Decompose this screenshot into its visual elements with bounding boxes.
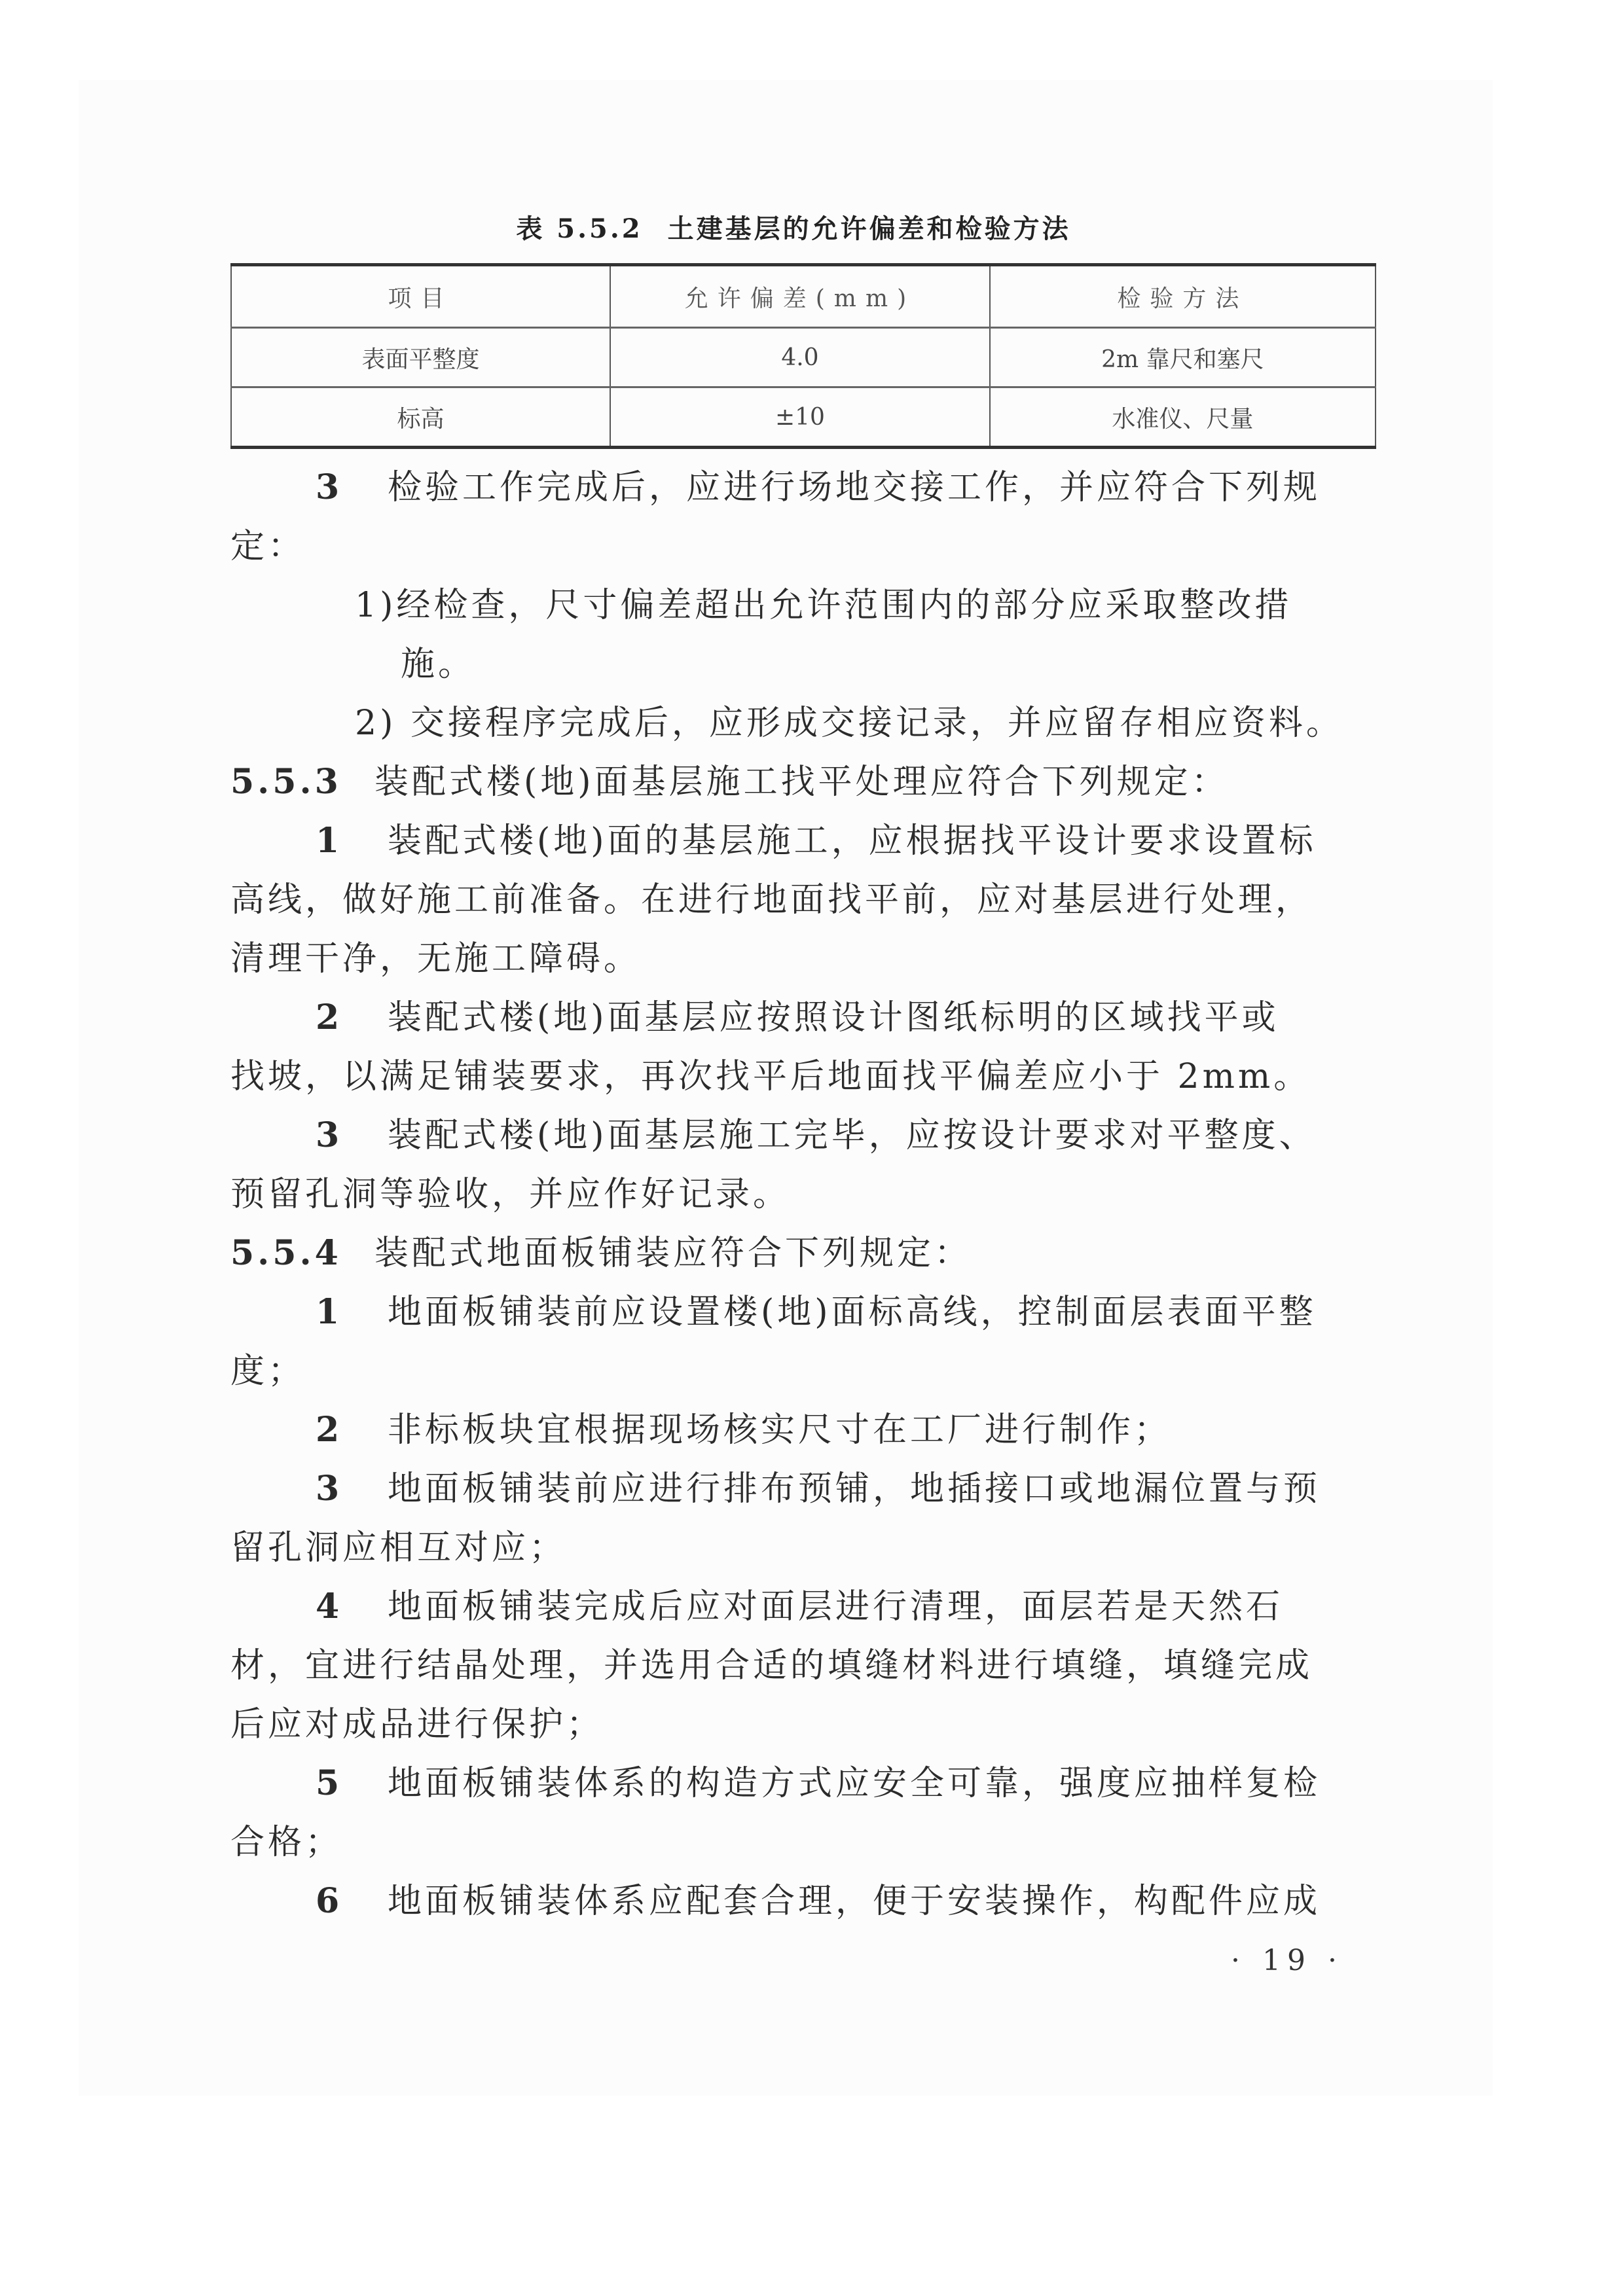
paragraph-continuation: 合格； (230, 1813, 1357, 1872)
cell-item: 标高 (231, 387, 610, 448)
item-number: 3 (230, 1460, 388, 1518)
cell-deviation: 4.0 (610, 328, 990, 387)
cell-item: 表面平整度 (231, 328, 610, 387)
clause-5-5-3-item-3: 3装配式楼(地)面基层施工完毕，应按设计要求对平整度、 (230, 1106, 1357, 1165)
clause-text: 装配式地面板铺装应符合下列规定： (374, 1234, 972, 1273)
sub-item-1: 1)经检查，尺寸偏差超出允许范围内的部分应采取整改措 (355, 576, 1357, 635)
paragraph-continuation: 留孔洞应相互对应； (230, 1518, 1357, 1577)
table-title: 土建基层的允许偏差和检验方法 (668, 213, 1071, 244)
clause-5-5-4: 5.5.4装配式地面板铺装应符合下列规定： (230, 1224, 1357, 1283)
paragraph-item-3: 3检验工作完成后，应进行场地交接工作，并应符合下列规 (230, 458, 1357, 517)
table-caption: 表 5.5.2土建基层的允许偏差和检验方法 (230, 208, 1357, 245)
paragraph-text: 装配式楼(地)面基层施工完毕，应按设计要求对平整度、 (388, 1116, 1317, 1155)
table-number: 表 5.5.2 (516, 213, 642, 244)
page-number: · 19 · (1231, 1944, 1343, 1977)
paragraph-text: 非标板块宜根据现场核实尺寸在工厂进行制作； (388, 1410, 1171, 1450)
clause-5-5-4-item-1: 1地面板铺装前应设置楼(地)面标高线，控制面层表面平整 (230, 1283, 1357, 1342)
paragraph-continuation: 材，宜进行结晶处理，并选用合适的填缝材料进行填缝，填缝完成 (230, 1636, 1357, 1695)
paragraph-continuation: 预留孔洞等验收，并应作好记录。 (230, 1165, 1357, 1224)
paragraph-text: 地面板铺装前应进行排布预铺，地插接口或地漏位置与预 (388, 1469, 1321, 1509)
item-number: 4 (230, 1577, 388, 1636)
table-row: 标高 ±10 水准仪、尺量 (231, 387, 1376, 448)
item-number: 5 (230, 1754, 388, 1813)
table-header-row: 项目 允许偏差(mm) 检验方法 (231, 265, 1376, 328)
clause-number: 5.5.3 (230, 753, 374, 812)
sub-item-1-continuation: 施。 (401, 635, 1357, 694)
clause-text: 装配式楼(地)面基层施工找平处理应符合下列规定： (374, 762, 1229, 802)
deviation-table: 项目 允许偏差(mm) 检验方法 表面平整度 4.0 2m 靠尺和塞尺 标高 ±… (230, 263, 1376, 449)
clause-5-5-3: 5.5.3装配式楼(地)面基层施工找平处理应符合下列规定： (230, 753, 1357, 812)
item-number: 6 (230, 1872, 388, 1931)
table-row: 表面平整度 4.0 2m 靠尺和塞尺 (231, 328, 1376, 387)
item-number: 2 (230, 1401, 388, 1460)
header-method: 检验方法 (990, 265, 1376, 328)
paragraph-text: 地面板铺装体系的构造方式应安全可靠，强度应抽样复检 (388, 1764, 1321, 1803)
item-number: 1 (230, 812, 388, 870)
clause-5-5-3-item-2: 2装配式楼(地)面基层应按照设计图纸标明的区域找平或 (230, 988, 1357, 1047)
clause-5-5-4-item-5: 5地面板铺装体系的构造方式应安全可靠，强度应抽样复检 (230, 1754, 1357, 1813)
item-number: 1 (230, 1283, 388, 1342)
cell-method: 水准仪、尺量 (990, 387, 1376, 448)
header-deviation: 允许偏差(mm) (610, 265, 990, 328)
clause-number: 5.5.4 (230, 1224, 374, 1283)
paragraph-text: 装配式楼(地)面的基层施工，应根据找平设计要求设置标 (388, 821, 1317, 861)
sub-item-2: 2) 交接程序完成后，应形成交接记录，并应留存相应资料。 (355, 694, 1357, 753)
clause-5-5-4-item-2: 2非标板块宜根据现场核实尺寸在工厂进行制作； (230, 1401, 1357, 1460)
paragraph-continuation: 后应对成品进行保护； (230, 1695, 1357, 1754)
paragraph-continuation: 高线，做好施工前准备。在进行地面找平前，应对基层进行处理， (230, 870, 1357, 929)
clause-5-5-3-item-1: 1装配式楼(地)面的基层施工，应根据找平设计要求设置标 (230, 812, 1357, 870)
clause-5-5-4-item-6: 6地面板铺装体系应配套合理，便于安装操作，构配件应成 (230, 1872, 1357, 1931)
clause-5-5-4-item-3: 3地面板铺装前应进行排布预铺，地插接口或地漏位置与预 (230, 1460, 1357, 1518)
cell-method: 2m 靠尺和塞尺 (990, 328, 1376, 387)
paragraph-continuation: 定： (230, 517, 1357, 576)
paragraph-text: 地面板铺装体系应配套合理，便于安装操作，构配件应成 (388, 1882, 1321, 1921)
item-number: 3 (230, 458, 388, 517)
header-item: 项目 (231, 265, 610, 328)
paragraph-text: 地面板铺装前应设置楼(地)面标高线，控制面层表面平整 (388, 1293, 1317, 1332)
item-number: 2 (230, 988, 388, 1047)
paragraph-continuation: 找坡，以满足铺装要求，再次找平后地面找平偏差应小于 2mm。 (230, 1047, 1357, 1106)
paragraph-text: 检验工作完成后，应进行场地交接工作，并应符合下列规 (388, 468, 1321, 507)
cell-deviation: ±10 (610, 387, 990, 448)
paragraph-text: 装配式楼(地)面基层应按照设计图纸标明的区域找平或 (388, 998, 1279, 1037)
item-number: 3 (230, 1106, 388, 1165)
paragraph-continuation: 度； (230, 1342, 1357, 1401)
clause-5-5-4-item-4: 4地面板铺装完成后应对面层进行清理，面层若是天然石 (230, 1577, 1357, 1636)
paragraph-text: 地面板铺装完成后应对面层进行清理，面层若是天然石 (388, 1587, 1283, 1626)
paragraph-continuation: 清理干净，无施工障碍。 (230, 929, 1357, 988)
